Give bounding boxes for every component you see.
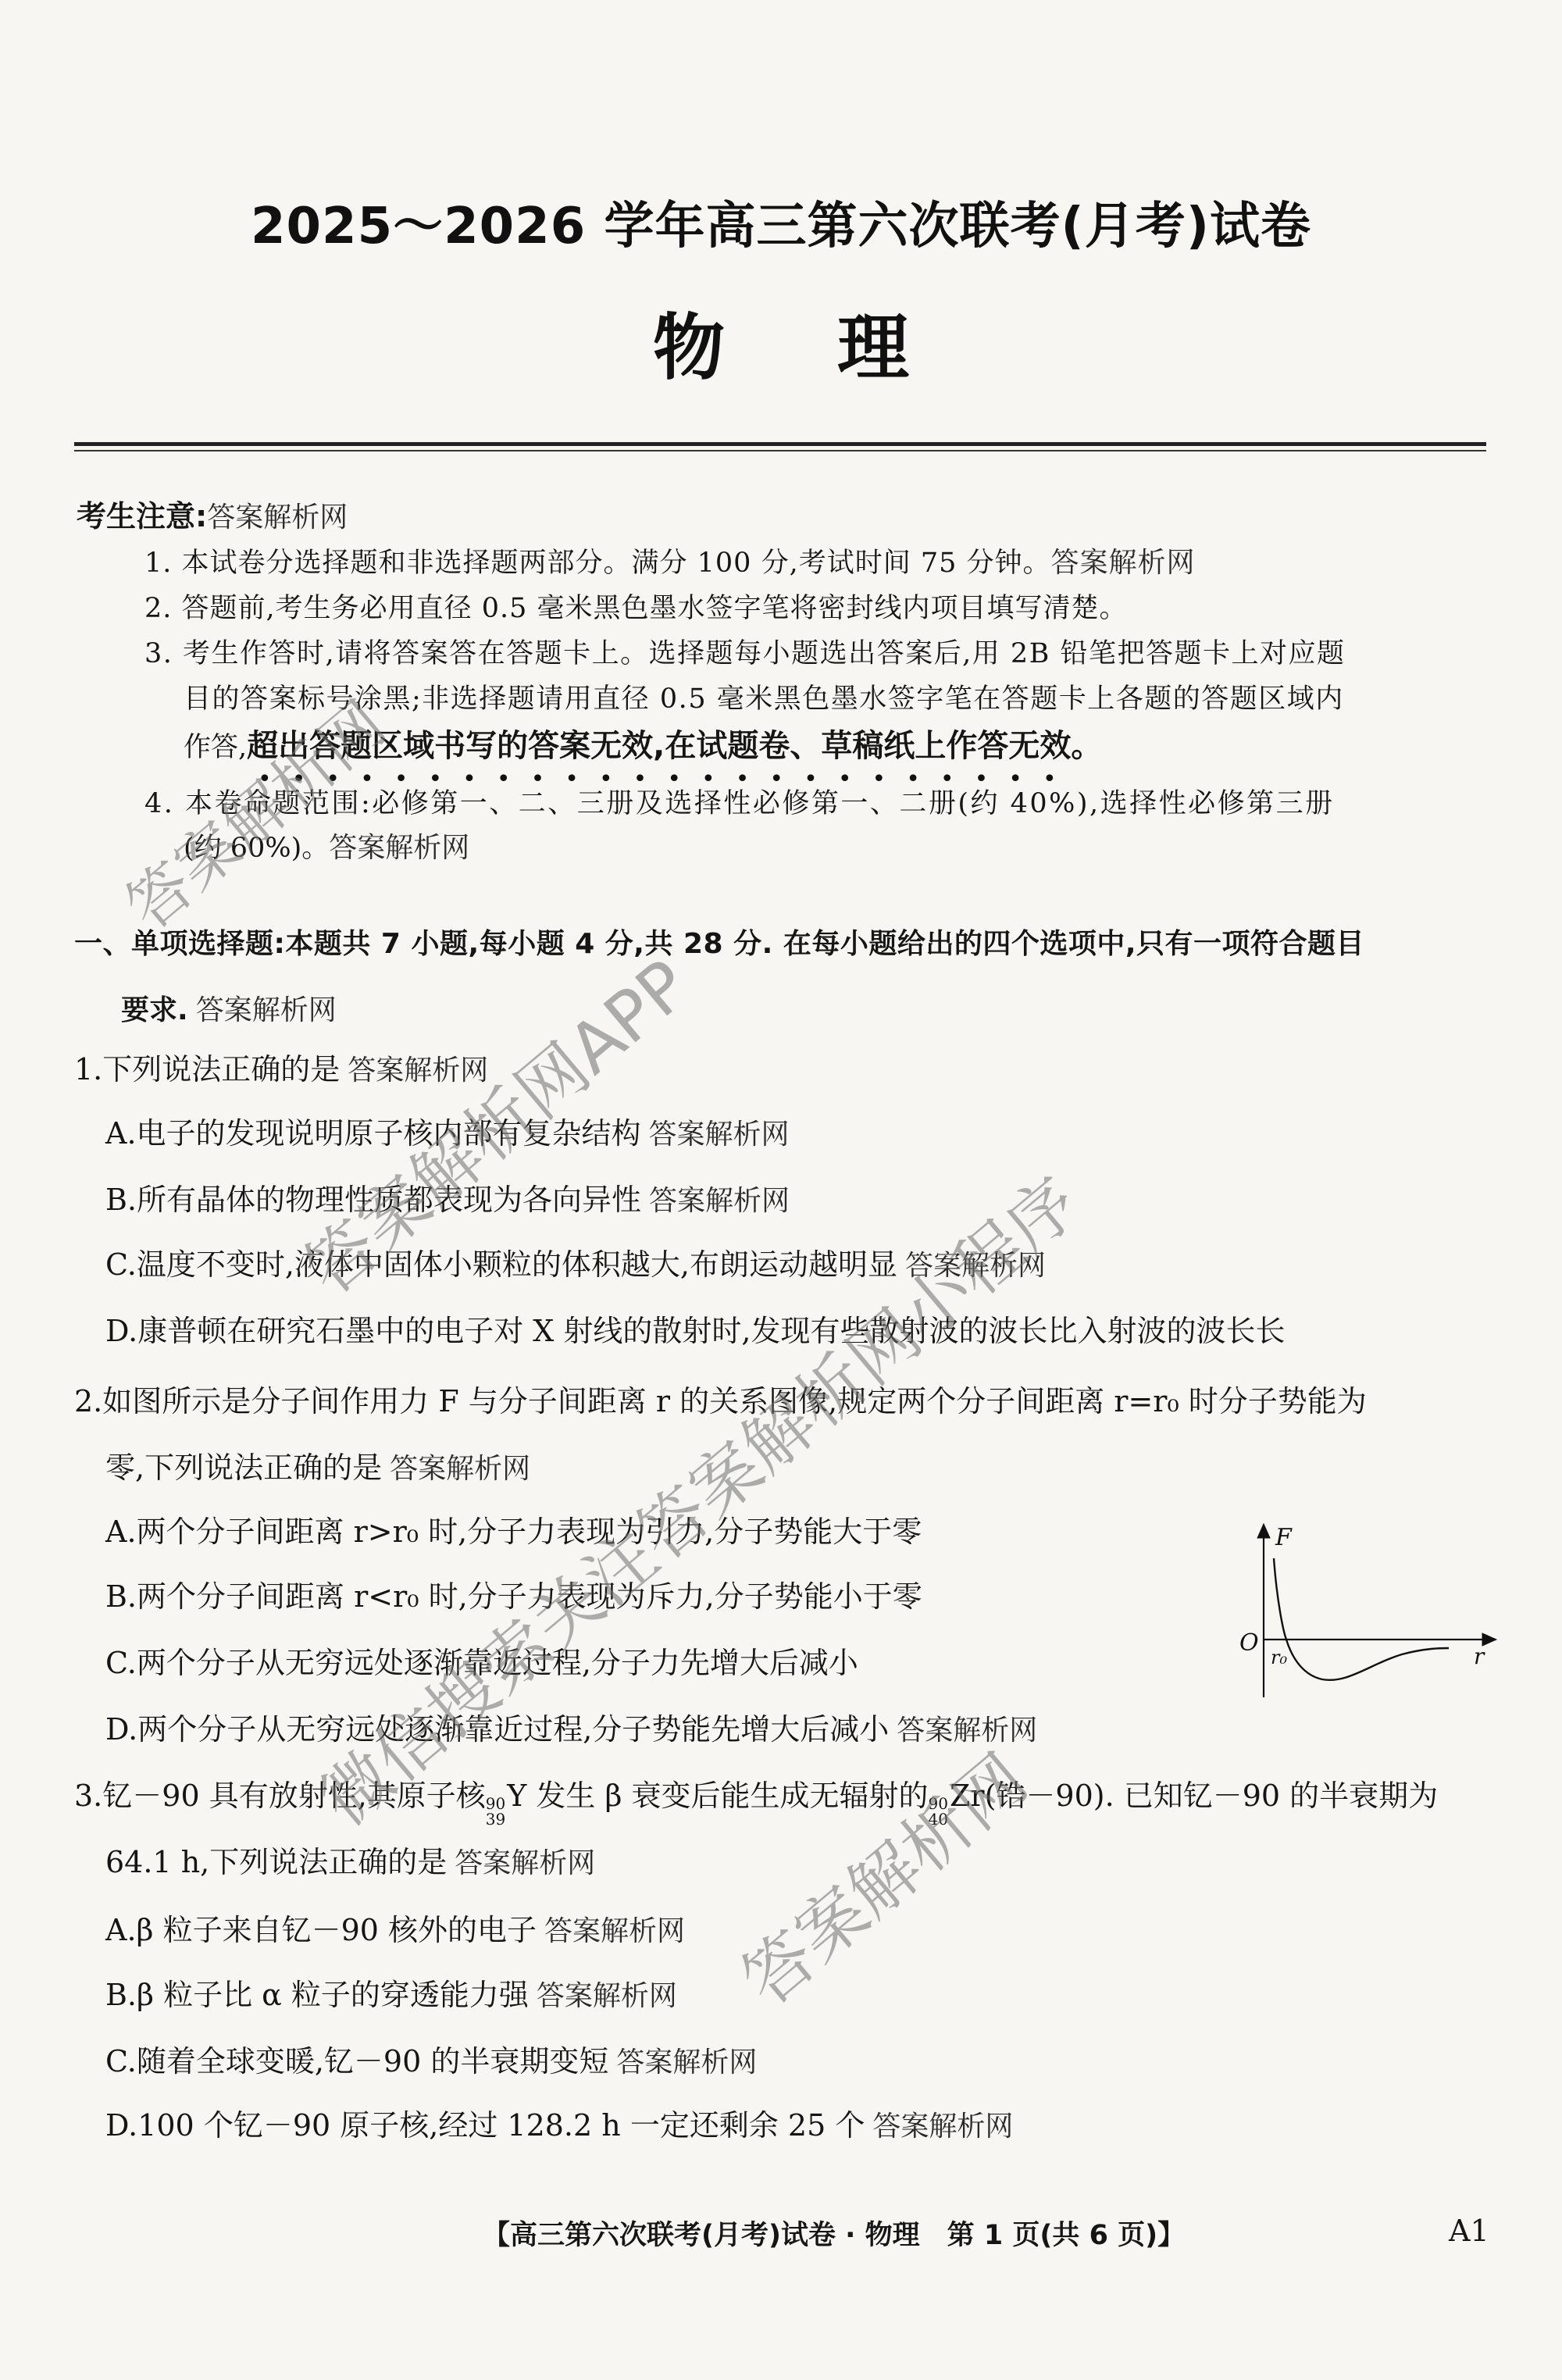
option-tail: 答案解析网	[897, 1715, 1037, 1747]
option-text: 100 个钇－90 原子核,经过 128.2 h 一定还剩余 25 个	[137, 2108, 865, 2143]
svg-text:O: O	[1239, 1629, 1259, 1657]
option-label: B.	[105, 1978, 137, 2012]
notice-item-4-cont-tail: 答案解析网	[329, 832, 469, 864]
option-text: β 粒子比 α 粒子的穿透能力强	[137, 1978, 529, 2012]
notice-heading-line: 考生注意:答案解析网	[77, 501, 348, 532]
option-text: 温度不变时,液体中固体小颗粒的体积越大,布朗运动越明显	[137, 1247, 897, 1282]
section-1-heading: 一、单项选择题:本题共 7 小题,每小题 4 分,共 28 分. 在每小题给出的…	[74, 922, 1364, 962]
question-2-number: 2.	[74, 1384, 102, 1418]
option-label: C.	[105, 1247, 137, 1282]
notice-item-1: 1. 本试卷分选择题和非选择题两部分。满分 100 分,考试时间 75 分钟。答…	[144, 549, 1196, 577]
notice-heading: 考生注意:	[77, 499, 207, 533]
subject-heading: 物理	[0, 291, 1562, 394]
option-text: 两个分子间距离 r<r₀ 时,分子力表现为斥力,分子势能小于零	[137, 1579, 922, 1614]
nuclide-symbol: Y	[507, 1779, 526, 1813]
question-1-option-d[interactable]: D.康普顿在研究石墨中的电子对 X 射线的散射时,发现有些散射波的波长比入射波的…	[105, 1316, 1286, 1346]
option-text: 康普顿在研究石墨中的电子对 X 射线的散射时,发现有些散射波的波长比入射波的波长…	[137, 1314, 1285, 1348]
question-3-text-2: 发生 β 衰变后能生成无辐射的	[526, 1779, 928, 1813]
option-text: 两个分子间距离 r>r₀ 时,分子力表现为引力,分子势能大于零	[137, 1515, 922, 1549]
nuclide-symbol: Zr	[950, 1779, 985, 1813]
option-text: β 粒子来自钇－90 核外的电子	[137, 1913, 537, 1947]
question-2-text-line2: 零,下列说法正确的是	[105, 1450, 382, 1485]
notice-item-3-lead: 作答,	[184, 732, 247, 763]
option-label: D.	[105, 2108, 137, 2143]
question-1-stem: 1.下列说法正确的是答案解析网	[74, 1054, 488, 1085]
question-1-option-a[interactable]: A.电子的发现说明原子核内部有复杂结构答案解析网	[105, 1119, 790, 1149]
option-tail: 答案解析网	[905, 1250, 1046, 1282]
force-distance-graph: F O r₀ r	[1230, 1508, 1503, 1699]
question-3-stem-cont: 64.1 h,下列说法正确的是答案解析网	[105, 1847, 595, 1878]
question-1-text: 下列说法正确的是	[102, 1052, 340, 1087]
question-2-text: 如图所示是分子间作用力 F 与分子间距离 r 的关系图像,规定两个分子间距离 r…	[102, 1384, 1367, 1418]
notice-item-2: 2. 答题前,考生务必用直径 0.5 毫米黑色墨水签字笔将密封线内项目填写清楚。	[144, 595, 1128, 623]
option-label: C.	[105, 2044, 137, 2078]
question-2-option-d[interactable]: D.两个分子从无穷远处逐渐靠近过程,分子势能先增大后减小答案解析网	[105, 1715, 1037, 1745]
option-text: 所有晶体的物理性质都表现为各向异性	[137, 1183, 641, 1217]
option-label: B.	[105, 1183, 137, 1217]
option-label: D.	[105, 1712, 137, 1747]
option-label: A.	[105, 1116, 137, 1151]
question-2-option-a[interactable]: A.两个分子间距离 r>r₀ 时,分子力表现为引力,分子势能大于零	[105, 1517, 922, 1547]
notice-item-3-emphasis: 超出答题区域书写的答案无效,在试题卷、草稿纸上作答无效。	[247, 728, 1102, 764]
option-text: 电子的发现说明原子核内部有复杂结构	[137, 1116, 641, 1151]
svg-text:F: F	[1275, 1524, 1293, 1551]
option-tail: 答案解析网	[872, 2111, 1013, 2143]
option-tail: 答案解析网	[649, 1119, 790, 1151]
nuclide-mass: 90	[486, 1796, 505, 1811]
exam-title: 2025～2026 学年高三第六次联考(月考)试卷	[0, 186, 1562, 258]
nuclide-atomic: 39	[486, 1811, 505, 1827]
question-3-option-d[interactable]: D.100 个钇－90 原子核,经过 128.2 h 一定还剩余 25 个答案解…	[105, 2111, 1013, 2141]
question-1-number: 1.	[74, 1052, 102, 1087]
option-label: A.	[105, 1515, 137, 1549]
option-label: B.	[105, 1579, 137, 1614]
question-3-stem: 3.钇－90 具有放射性,其原子核9039Y 发生 β 衰变后能生成无辐射的90…	[74, 1781, 1438, 1827]
option-label: A.	[105, 1913, 137, 1947]
svg-text:r₀: r₀	[1271, 1647, 1287, 1668]
svg-text:r: r	[1474, 1643, 1485, 1669]
page-footer: 【高三第六次联考(月考)试卷 · 物理 第 1 页(共 6 页)】	[483, 2214, 1185, 2253]
question-1-tail: 答案解析网	[348, 1054, 488, 1087]
nuclide-mass: 90	[929, 1796, 948, 1811]
notice-item-4-cont: (约 60%)。答案解析网	[184, 834, 469, 862]
paper-code: A1	[1449, 2214, 1489, 2248]
nuclide-atomic: 40	[929, 1811, 948, 1827]
notice-item-3: 3. 考生作答时,请将答案答在答题卡上。选择题每小题选出答案后,用 2B 铅笔把…	[144, 640, 1346, 668]
question-1-option-b[interactable]: B.所有晶体的物理性质都表现为各向异性答案解析网	[105, 1185, 790, 1215]
question-2-option-b[interactable]: B.两个分子间距离 r<r₀ 时,分子力表现为斥力,分子势能小于零	[105, 1582, 922, 1611]
subject-char-1: 物	[653, 291, 725, 394]
question-3-text-1: 钇－90 具有放射性,其原子核	[102, 1779, 486, 1813]
notice-item-1-text: 1. 本试卷分选择题和非选择题两部分。满分 100 分,考试时间 75 分钟。	[144, 548, 1051, 579]
section-1-heading-line2: 要求.	[121, 994, 188, 1026]
section-1-heading-tail: 答案解析网	[196, 994, 337, 1026]
nuclide-zr90: 9040	[929, 1796, 948, 1827]
section-1-heading-cont: 要求.答案解析网	[121, 988, 337, 1028]
question-3-text-3: (锆－90). 已知钇－90 的半衰期为	[985, 1779, 1439, 1813]
notice-heading-tail: 答案解析网	[207, 501, 348, 533]
option-label: C.	[105, 1646, 137, 1680]
question-3-text-line2: 64.1 h,下列说法正确的是	[105, 1845, 447, 1879]
question-2-option-c[interactable]: C.两个分子从无穷远处逐渐靠近过程,分子力先增大后减小	[105, 1648, 858, 1678]
option-tail: 答案解析网	[616, 2046, 757, 2078]
option-tail: 答案解析网	[537, 1980, 677, 2012]
question-2-stem: 2.如图所示是分子间作用力 F 与分子间距离 r 的关系图像,规定两个分子间距离…	[74, 1386, 1367, 1416]
option-text: 两个分子从无穷远处逐渐靠近过程,分子势能先增大后减小	[137, 1712, 889, 1747]
question-3-number: 3.	[74, 1779, 102, 1813]
option-tail: 答案解析网	[544, 1915, 685, 1947]
notice-item-3-cont: 目的答案标号涂黑;非选择题请用直径 0.5 毫米黑色墨水签字笔在答题卡上各题的答…	[184, 686, 1344, 713]
nuclide-y90: 9039	[486, 1796, 505, 1827]
option-tail: 答案解析网	[649, 1185, 790, 1217]
force-distance-curve-icon: F O r₀ r	[1230, 1508, 1503, 1699]
notice-item-1-tail: 答案解析网	[1051, 547, 1196, 579]
question-3-option-a[interactable]: A.β 粒子来自钇－90 核外的电子答案解析网	[105, 1915, 685, 1946]
notice-item-4-cont-text: (约 60%)。	[184, 833, 329, 864]
question-2-tail: 答案解析网	[390, 1453, 530, 1485]
question-3-tail: 答案解析网	[455, 1847, 595, 1879]
question-3-option-c[interactable]: C.随着全球变暖,钇－90 的半衰期变短答案解析网	[105, 2046, 757, 2077]
watermark-4: 答案解析网	[719, 1728, 1045, 2024]
subject-char-2: 理	[837, 291, 909, 394]
question-1-option-c[interactable]: C.温度不变时,液体中固体小颗粒的体积越大,布朗运动越明显答案解析网	[105, 1250, 1046, 1280]
option-label: D.	[105, 1314, 137, 1348]
question-2-stem-cont: 零,下列说法正确的是答案解析网	[105, 1453, 530, 1483]
option-text: 两个分子从无穷远处逐渐靠近过程,分子力先增大后减小	[137, 1646, 858, 1680]
header-divider-thin	[74, 450, 1486, 451]
notice-item-3-emphasis-line: 作答,超出答题区域书写的答案无效,在试题卷、草稿纸上作答无效。	[184, 730, 1102, 762]
question-3-option-b[interactable]: B.β 粒子比 α 粒子的穿透能力强答案解析网	[105, 1980, 677, 2011]
notice-item-4: 4. 本卷命题范围:必修第一、二、三册及选择性必修第一、二册(约 40%),选择…	[144, 790, 1335, 818]
option-text: 随着全球变暖,钇－90 的半衰期变短	[137, 2044, 609, 2078]
header-divider-thick	[74, 442, 1486, 446]
